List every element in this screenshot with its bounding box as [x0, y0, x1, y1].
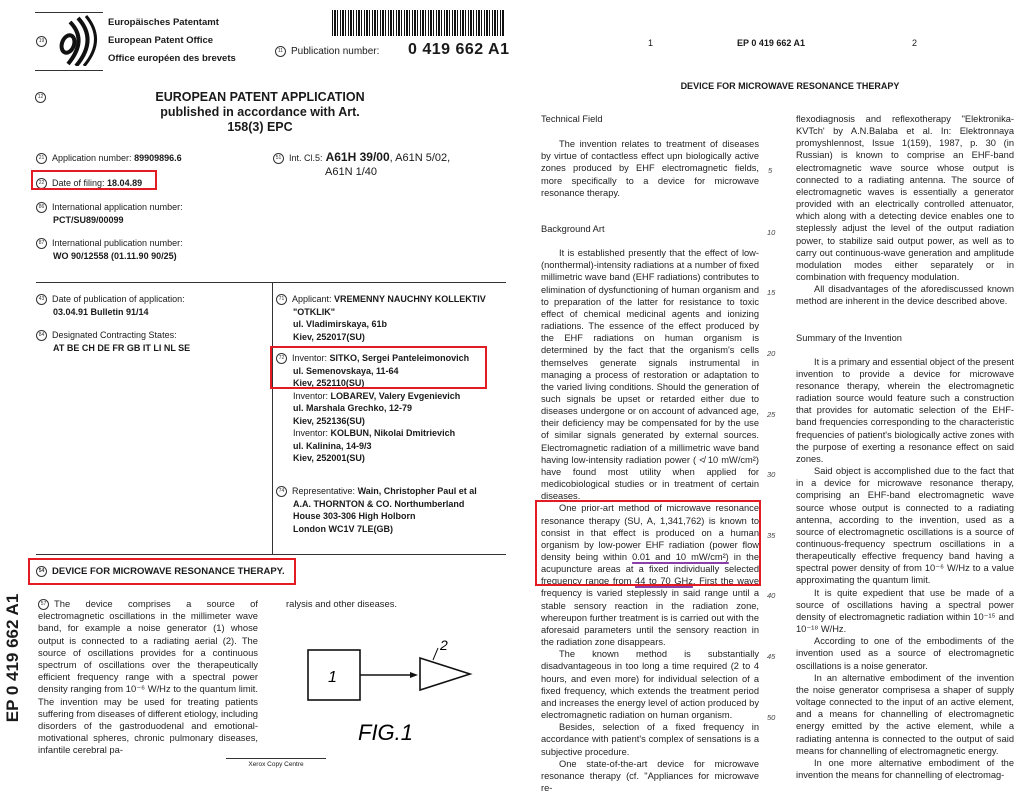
paragraph: According to one of the embodiments of t… — [796, 635, 1014, 671]
section-heading-technical-field: Technical Field — [541, 113, 759, 125]
field-label: Int. Cl.5: — [289, 153, 323, 163]
figure-caption: FIG.1 — [358, 720, 413, 745]
field-value: PCT/SU89/00099 — [53, 215, 124, 225]
header-rule-top — [35, 12, 103, 13]
side-publication-id: EP 0 419 662 A1 — [2, 598, 24, 718]
app-type-line: published in accordance with Art. — [0, 105, 520, 120]
line-number: 20 — [767, 349, 775, 358]
inventor-city: Kiev, 252136(SU) — [293, 416, 365, 426]
figure-block-label: 1 — [328, 669, 337, 686]
inventor-name: LOBAREV, Valery Evgenievich — [331, 391, 461, 401]
field-value: A.A. THORNTON & CO. Northumberland — [293, 499, 464, 509]
section-heading-summary: Summary of the Invention — [796, 332, 1014, 344]
line-number: 35 — [767, 531, 775, 540]
inventor-name: KOLBUN, Nikolai Dmitrievich — [331, 428, 456, 438]
publication-number: 0 419 662 A1 — [408, 41, 509, 59]
applicant: 71Applicant: VREMENNY NAUCHNY KOLLEKTIV … — [276, 293, 486, 343]
footer-xerox: Xerox Copy Centre — [226, 758, 326, 768]
highlight-box-title — [28, 558, 296, 585]
line-number: 15 — [767, 288, 775, 297]
text: . First the wave frequency is varied ste… — [541, 576, 759, 647]
paragraph: It is quite expedient that use be made o… — [796, 587, 1014, 636]
pub-label-text: Publication number: — [291, 46, 379, 57]
office-names: Europäisches Patentamt European Patent O… — [108, 14, 236, 68]
barcode — [332, 10, 504, 36]
paragraph: Besides, selection of a fixed frequency … — [541, 721, 759, 757]
inid-code: 11 — [275, 46, 286, 57]
side-id-text: EP 0 419 662 A1 — [3, 594, 23, 723]
paragraph: The invention relates to treatment of di… — [541, 138, 759, 199]
inventor-street: ul. Marshala Grechko, 12-79 — [293, 403, 412, 413]
inid-code: 74 — [276, 486, 287, 497]
field-value: , A61N 5/02, — [390, 152, 451, 164]
header-rule-bottom — [35, 70, 103, 71]
line-number: 30 — [767, 470, 775, 479]
field-label: Application number: — [52, 153, 132, 163]
paragraph: Said object is accomplished due to the f… — [796, 465, 1014, 587]
field-label: Applicant: — [292, 294, 332, 304]
highlight-box-inventor — [270, 346, 487, 389]
representative: 74Representative: Wain, Christopher Paul… — [276, 485, 477, 535]
divider — [36, 282, 506, 283]
app-type-line: EUROPEAN PATENT APPLICATION — [0, 90, 520, 105]
front-page: 19 Europäisches Patentamt European Paten… — [0, 0, 520, 806]
description-column-1: Technical Field The invention relates to… — [541, 113, 759, 794]
inid-code: 87 — [36, 238, 47, 249]
inid-code: 43 — [36, 294, 47, 305]
paragraph: In one more alternative embodiment of th… — [796, 757, 1014, 781]
field-label: International application number: — [52, 202, 183, 212]
paragraph: In an alternative embodiment of the inve… — [796, 672, 1014, 757]
field-value: ul. Vladimirskaya, 61b — [293, 319, 387, 329]
inid-code: 57 — [38, 599, 49, 610]
field-value: AT BE CH DE FR GB IT LI NL SE — [53, 343, 190, 353]
inid-code: 19 — [36, 36, 47, 47]
publication-date: 43Date of publication of application: 03… — [36, 293, 185, 318]
line-number: 5 — [768, 166, 772, 175]
inid-code: 84 — [36, 330, 47, 341]
inid-code: 51 — [273, 153, 284, 164]
international-application-number: 86International application number: PCT/… — [36, 201, 183, 226]
paragraph: It is a primary and essential object of … — [796, 356, 1014, 465]
line-number: 50 — [767, 713, 775, 722]
running-header: EP 0 419 662 A1 — [737, 38, 805, 48]
international-publication-number: 87International publication number: WO 9… — [36, 237, 183, 262]
field-value: 89909896.6 — [134, 153, 182, 163]
column-divider — [272, 282, 273, 554]
field-label: Designated Contracting States: — [52, 330, 177, 340]
description-page: 1 EP 0 419 662 A1 2 DEVICE FOR MICROWAVE… — [520, 0, 1030, 806]
paragraph: All disadvantages of the aforediscussed … — [796, 283, 1014, 307]
highlight-box-filing-date — [31, 170, 157, 190]
abstract-continuation: ralysis and other diseases. — [286, 598, 397, 609]
field-label: Date of publication of application: — [52, 294, 185, 304]
description-column-2: flexodiagnosis and reflexotherapy "Elekt… — [796, 113, 1014, 781]
field-value: Wain, Christopher Paul et al — [358, 486, 477, 496]
divider — [36, 554, 506, 555]
field-value: London WC1V 7LE(GB) — [293, 524, 393, 534]
field-label: Inventor: — [293, 391, 328, 401]
paragraph: One state-of-the-art device for microwav… — [541, 758, 759, 794]
inid-code: 86 — [36, 202, 47, 213]
paragraph: The known method is substantially disadv… — [541, 648, 759, 721]
field-value: "OTKLIK" — [293, 307, 335, 317]
inventor-city: Kiev, 252001(SU) — [293, 453, 365, 463]
inventor-street: ul. Kalinina, 14-9/3 — [293, 441, 372, 451]
inid-code: 71 — [276, 294, 287, 305]
field-value: House 303-306 High Holborn — [293, 511, 416, 521]
office-name-de: Europäisches Patentamt — [108, 14, 236, 32]
abstract: 57The device comprises a source of elect… — [38, 598, 258, 757]
inid-code: 21 — [36, 153, 47, 164]
line-number: 10 — [767, 228, 775, 237]
line-number: 45 — [767, 652, 775, 661]
designated-states: 84Designated Contracting States: AT BE C… — [36, 329, 190, 354]
field-value: A61H 39/00 — [326, 150, 390, 164]
application-type: EUROPEAN PATENT APPLICATION published in… — [0, 90, 520, 135]
paragraph: flexodiagnosis and reflexotherapy "Elekt… — [796, 113, 1014, 283]
figure-antenna-label: 2 — [439, 637, 448, 653]
column-number-left: 1 — [648, 38, 653, 48]
int-classification: 51Int. Cl.5: A61H 39/00, A61N 5/02, A61N… — [273, 150, 450, 179]
line-number: 40 — [767, 591, 775, 600]
column-number-right: 2 — [912, 38, 917, 48]
field-value: 03.04.91 Bulletin 91/14 — [53, 307, 149, 317]
app-type-line: 158(3) EPC — [0, 120, 520, 135]
line-number: 25 — [767, 410, 775, 419]
field-value: VREMENNY NAUCHNY KOLLEKTIV — [334, 294, 486, 304]
epo-logo-icon — [58, 14, 98, 66]
application-number: 21Application number: 89909896.6 — [36, 152, 182, 165]
field-value: Kiev, 252017(SU) — [293, 332, 365, 342]
field-value: A61N 1/40 — [273, 165, 450, 179]
office-name-en: European Patent Office — [108, 32, 236, 50]
publication-number-label: 11Publication number: — [275, 46, 379, 57]
field-value: WO 90/12558 (01.11.90 90/25) — [53, 251, 177, 261]
abstract-text: The device comprises a source of electro… — [38, 598, 258, 755]
highlight-box-prior-art — [535, 500, 761, 586]
section-heading-background-art: Background Art — [541, 223, 759, 235]
field-label: Representative: — [292, 486, 355, 496]
office-name-fr: Office européen des brevets — [108, 50, 236, 68]
paragraph: It is established presently that the eff… — [541, 247, 759, 502]
field-label: Inventor: — [293, 428, 328, 438]
description-title: DEVICE FOR MICROWAVE RESONANCE THERAPY — [520, 81, 1030, 91]
field-label: International publication number: — [52, 238, 183, 248]
figure-1: 1 2 FIG.1 — [300, 628, 490, 748]
